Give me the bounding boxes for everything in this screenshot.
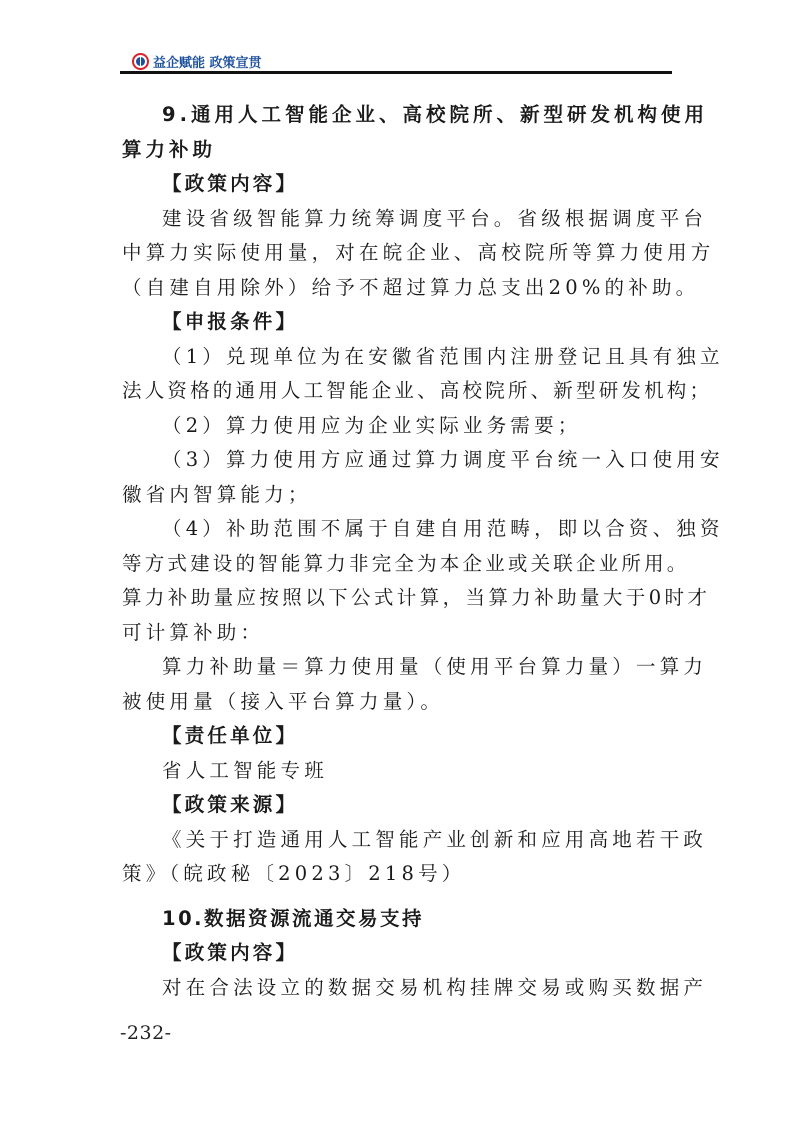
responsible-unit: 省人工智能专班 (122, 754, 678, 789)
document-body: 9.通用人工智能企业、高校院所、新型研发机构使用 算力补助 【政策内容】 建设省… (122, 98, 678, 1005)
header-rule (120, 71, 672, 74)
paragraph-line: 对在合法设立的数据交易机构挂牌交易或购买数据产 (122, 971, 678, 1006)
condition-line: 算力补助量应按照以下公式计算，当算力补助量大于0时才 (122, 581, 678, 616)
formula-line: 算力补助量＝算力使用量（使用平台算力量）一算力 (122, 650, 678, 685)
policy-content-heading: 【政策内容】 (122, 167, 678, 202)
paragraph-line: （自建自用除外）给予不超过算力总支出20%的补助。 (122, 271, 678, 306)
condition-line: 徽省内智算能力； (122, 478, 678, 513)
brand-text: 益企赋能 政策宣贯 (153, 52, 262, 71)
section-9-title-cont: 算力补助 (122, 133, 678, 168)
condition-line: （4）补助范围不属于自建自用范畴，即以合资、独资 (122, 512, 678, 547)
condition-line: 可计算补助： (122, 616, 678, 651)
paragraph-line: 建设省级智能算力统筹调度平台。省级根据调度平台 (122, 202, 678, 237)
section-10-title: 10.数据资源流通交易支持 (122, 902, 678, 937)
policy-content-heading: 【政策内容】 (122, 936, 678, 971)
source-line: 《关于打造通用人工智能产业创新和应用高地若干政 (122, 823, 678, 858)
conditions-heading: 【申报条件】 (122, 305, 678, 340)
paragraph-line: 中算力实际使用量，对在皖企业、高校院所等算力使用方 (122, 236, 678, 271)
formula-line: 被使用量（接入平台算力量）。 (122, 685, 678, 720)
page-number: -232- (120, 1022, 172, 1044)
section-9-title: 9.通用人工智能企业、高校院所、新型研发机构使用 (122, 98, 678, 133)
condition-line: （2）算力使用应为企业实际业务需要； (122, 409, 678, 444)
condition-line: 等方式建设的智能算力非完全为本企业或关联企业所用。 (122, 547, 678, 582)
source-heading: 【政策来源】 (122, 788, 678, 823)
condition-line: （3）算力使用方应通过算力调度平台统一入口使用安 (122, 443, 678, 478)
condition-line: （1）兑现单位为在安徽省范围内注册登记且具有独立 (122, 340, 678, 375)
brand-logo-icon (132, 53, 149, 70)
responsible-heading: 【责任单位】 (122, 719, 678, 754)
source-line: 策》（皖政秘〔2023〕218号） (122, 857, 678, 892)
condition-line: 法人资格的通用人工智能企业、高校院所、新型研发机构； (122, 374, 678, 409)
